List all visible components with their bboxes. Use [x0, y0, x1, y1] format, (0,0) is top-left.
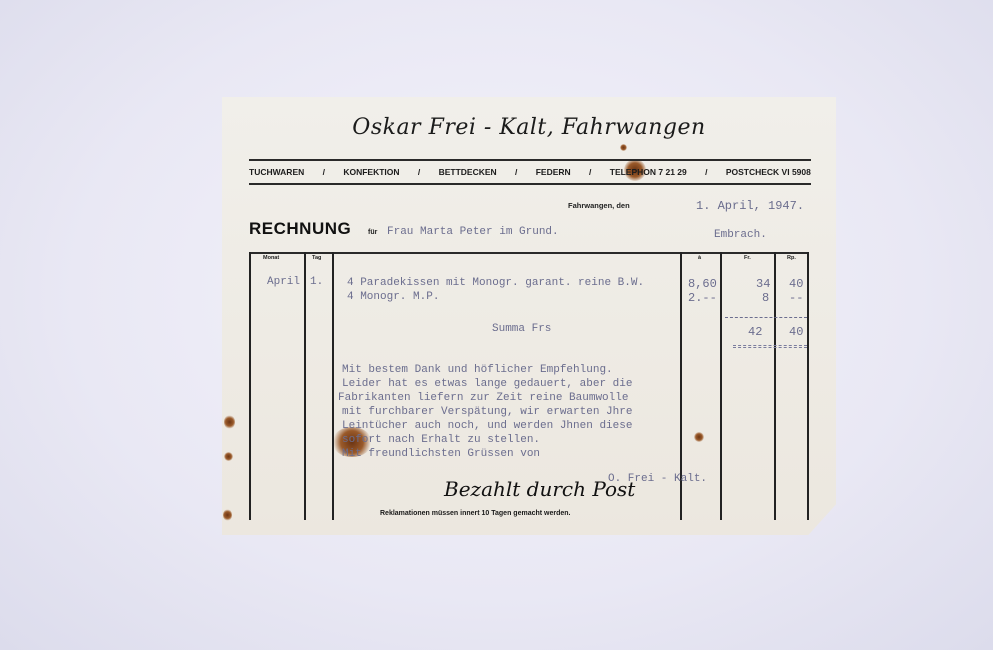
row-unit-price: 8,60: [688, 277, 717, 291]
table-line: [249, 252, 251, 520]
message-line: Mit freundlichsten Grüssen von: [342, 447, 632, 461]
footer-note: Reklamationen müssen innert 10 Tagen gem…: [380, 510, 570, 517]
branch-item: FEDERN: [536, 167, 571, 177]
branch-item: TUCHWAREN: [249, 167, 304, 177]
sum-underline: [725, 317, 807, 318]
branch-separator: /: [589, 167, 591, 177]
table-line: [807, 252, 809, 520]
handwritten-paid-note: Bezahlt durch Post: [444, 477, 635, 501]
branch-item: KONFEKTION: [343, 167, 399, 177]
sum-label: Summa Frs: [492, 323, 551, 335]
row-month: April: [267, 276, 300, 288]
branch-separator: /: [515, 167, 517, 177]
recipient: Frau Marta Peter im Grund.: [387, 226, 559, 238]
stain: [224, 415, 235, 429]
for-label: für: [368, 229, 377, 236]
branch-item: BETTDECKEN: [439, 167, 497, 177]
message-line: mit furchbarer Verspätung, wir erwarten …: [342, 405, 632, 419]
date-value: 1. April, 1947.: [696, 199, 804, 213]
sum-double-underline: [733, 345, 807, 348]
table-line: [720, 252, 722, 520]
header-day: Tag: [312, 255, 321, 261]
row-unit-price: 2.--: [688, 291, 717, 305]
message-body: Mit bestem Dank und höflicher Empfehlung…: [342, 363, 632, 461]
row-description: 4 Monogr. M.P.: [347, 291, 439, 303]
branch-separator: /: [323, 167, 325, 177]
header-unit: à: [698, 255, 701, 261]
row-description: 4 Paradekissen mit Monogr. garant. reine…: [347, 277, 644, 289]
sum-francs: 42: [748, 325, 762, 339]
row-rappen: 40: [789, 277, 803, 291]
recipient-location: Embrach.: [714, 229, 767, 241]
stain: [620, 144, 627, 151]
message-line: sofort nach Erhalt zu stellen.: [342, 433, 632, 447]
row-francs: 8: [762, 291, 769, 305]
header-francs: Fr.: [744, 255, 751, 261]
table-line: [774, 252, 776, 520]
invoice-document: Oskar Frei - Kalt, Fahrwangen TUCHWAREN …: [222, 97, 836, 535]
table-line: [332, 252, 334, 520]
date-label: Fahrwangen, den: [568, 201, 630, 210]
row-day: 1.: [310, 276, 323, 288]
invoice-title: RECHNUNG: [249, 219, 351, 239]
sum-rappen: 40: [789, 325, 803, 339]
header-rappen: Rp.: [787, 255, 796, 261]
firm-name: Oskar Frei - Kalt, Fahrwangen: [222, 115, 836, 140]
stain: [223, 509, 232, 521]
message-line: Fabrikanten liefern zur Zeit reine Baumw…: [338, 391, 632, 405]
message-line: Leider hat es etwas lange gedauert, aber…: [342, 377, 632, 391]
telephone: TELEPHON 7 21 29: [610, 167, 687, 177]
header-month: Monat: [263, 255, 279, 261]
stain: [224, 452, 233, 461]
stain: [694, 432, 704, 442]
branch-separator: /: [705, 167, 707, 177]
header-rule-bottom: [249, 183, 811, 185]
branch-list: TUCHWAREN / KONFEKTION / BETTDECKEN / FE…: [249, 167, 811, 177]
postcheck: POSTCHECK VI 5908: [726, 167, 811, 177]
message-line: Leintücher auch noch, und werden Jhnen d…: [342, 419, 632, 433]
message-line: Mit bestem Dank und höflicher Empfehlung…: [342, 363, 632, 377]
row-rappen: --: [789, 291, 803, 305]
row-francs: 34: [756, 277, 770, 291]
branch-separator: /: [418, 167, 420, 177]
header-rule-top: [249, 159, 811, 161]
table-line: [304, 252, 306, 520]
